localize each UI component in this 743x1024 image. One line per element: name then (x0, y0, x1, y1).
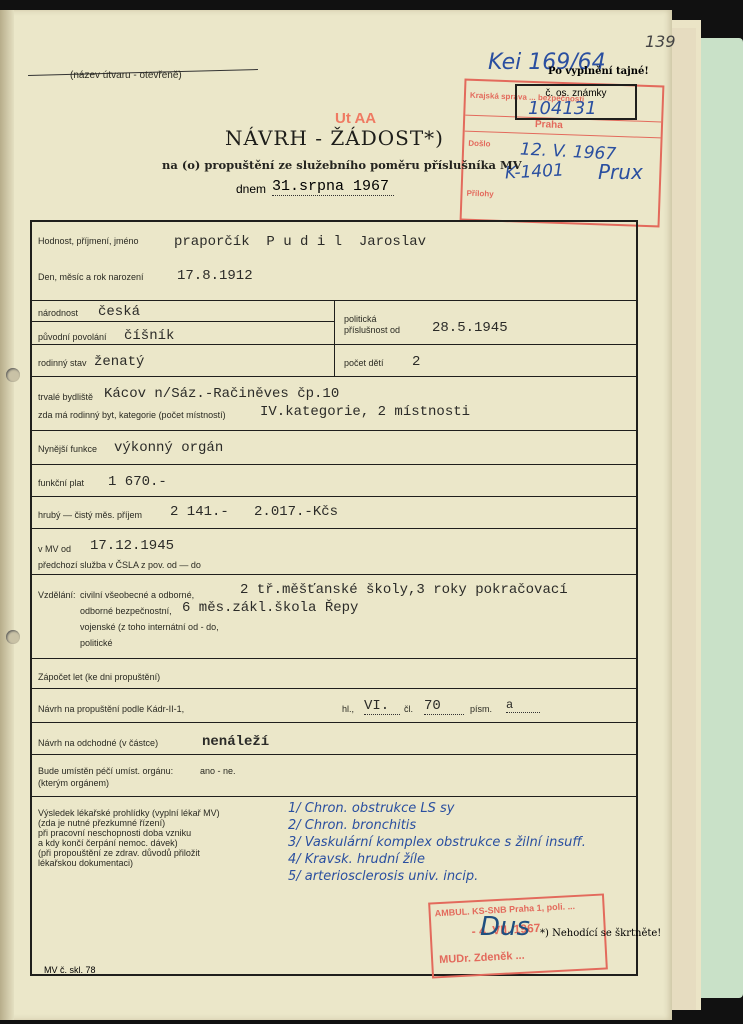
service-label: v MV od (38, 544, 71, 554)
rank-name-value: praporčík P u d i l Jaroslav (174, 234, 426, 250)
service-value: 17.12.1945 (90, 538, 174, 554)
medical-finding: 2/ Chron. bronchitis (288, 817, 586, 834)
education-security-label: odborné bezpečnostní, (80, 606, 172, 616)
education-label: Vzdělání: (38, 590, 76, 600)
punch-hole (6, 368, 20, 382)
children-value: 2 (412, 354, 420, 370)
medical-finding: 3/ Vaskulární komplex obstrukce s žilní … (288, 834, 586, 851)
apartment-label: zda má rodinný byt, kategorie (počet mís… (38, 410, 226, 420)
medical-label-line: a kdy končí čerpání nemoc. dávek) (38, 838, 278, 848)
occupation-label: původní povolání (38, 332, 107, 342)
page-spine (0, 10, 14, 1020)
date-value: 31.srpna 1967 (272, 178, 394, 196)
medical-finding: 4/ Kravsk. hrudní žíle (288, 851, 586, 868)
apartment-value: IV.kategorie, 2 místnosti (260, 404, 470, 420)
political-label-2: příslušnost od (344, 325, 400, 335)
birth-date-value: 17.8.1912 (177, 268, 253, 284)
income-label: hrubý — čistý měs. příjem (38, 510, 142, 520)
form-grid: Hodnost, příjmení, jméno praporčík P u d… (30, 220, 638, 976)
medical-findings: 1/ Chron. obstrukce LS sy 2/ Chron. bron… (288, 800, 586, 885)
secret-notice: Po vyplnění tajné! (548, 66, 649, 77)
medical-label-line: lékařskou dokumentaci) (38, 858, 278, 868)
medical-finding: 1/ Chron. obstrukce LS sy (288, 800, 586, 817)
medical-label-line: při pracovní neschopnosti doba vzniku (38, 828, 278, 838)
id-box-value: 104131 (528, 98, 597, 119)
discharge-hl-value: VI. (364, 698, 400, 715)
education-civil-label: civilní všeobecné a odborné, (80, 590, 194, 600)
severance-value: nenáleží (202, 734, 269, 750)
discharge-pism-label: písm. (470, 704, 492, 714)
discharge-cl-value: 70 (424, 698, 464, 715)
nationality-value: česká (98, 304, 140, 320)
function-value: výkonný orgán (114, 440, 223, 456)
income-value: 2 141.- 2.017.-Kčs (170, 504, 338, 520)
discharge-pism-value: a (506, 698, 540, 713)
previous-service-label: předchozí služba v ČSLA z pov. od — do (38, 560, 201, 570)
children-label: počet dětí (344, 358, 384, 368)
political-label-1: politická (344, 314, 377, 324)
education-political-label: politické (80, 638, 113, 648)
residence-value: Kácov n/Sáz.-Račiněves čp.10 (104, 386, 339, 402)
date-label: dnem (236, 182, 266, 196)
registry-stamp-city: Praha (535, 119, 563, 131)
page-title: NÁVRH - ŽÁDOST*) (225, 126, 444, 150)
page-subtitle: na (o) propuštění ze služebního poměru p… (162, 158, 522, 172)
red-stamp-mark: Ut AA (335, 110, 376, 127)
form-code: MV č. skl. 78 (44, 965, 96, 975)
placement-options: ano - ne. (200, 766, 236, 776)
residence-label: trvalé bydliště (38, 392, 93, 402)
severance-label: Návrh na odchodné (v částce) (38, 738, 158, 748)
registry-signature: Prux (598, 160, 643, 184)
placement-organ-label: (kterým orgánem) (38, 778, 109, 788)
discharge-label: Návrh na propuštění podle Kádr-II-1, (38, 704, 184, 714)
political-value: 28.5.1945 (432, 320, 508, 336)
nationality-label: národnost (38, 308, 78, 318)
education-military-label: vojenské (z toho internátní od - do, (80, 622, 219, 632)
years-credit-label: Zápočet let (ke dni propuštění) (38, 672, 160, 682)
marital-value: ženatý (94, 354, 144, 370)
document-page: (název útvaru - otevřeně) 139 Kei 169/64… (0, 10, 672, 1020)
discharge-hl-label: hl., (342, 704, 354, 714)
punch-hole (6, 630, 20, 644)
received-label: Došlo (468, 139, 491, 149)
doctor-signature: Dus (480, 912, 530, 942)
marital-label: rodinný stav (38, 358, 87, 368)
attachments-label: Přílohy (466, 189, 493, 199)
education-security-value: 6 měs.zákl.škola Řepy (182, 600, 358, 616)
medical-label-block: Výsledek lékařské prohlídky (vyplní léka… (38, 808, 278, 868)
medical-label-line: (při propouštění ze zdrav. důvodů přilož… (38, 848, 278, 858)
function-label: Nynější funkce (38, 444, 97, 454)
discharge-cl-label: čl. (404, 704, 413, 714)
rank-name-label: Hodnost, příjmení, jméno (38, 236, 139, 246)
occupation-value: číšník (124, 328, 174, 344)
footnote: *) Nehodící se škrtněte! (540, 928, 661, 939)
page-number: 139 (645, 32, 676, 51)
birth-date-label: Den, měsíc a rok narození (38, 272, 144, 282)
medical-label-line: Výsledek lékařské prohlídky (vyplní léka… (38, 808, 278, 818)
unit-name-caption: (název útvaru - otevřeně) (70, 70, 182, 81)
medical-label-line: (zda je nutné přezkumné řízení) (38, 818, 278, 828)
doctor-stamp-name: MUDr. Zdeněk ... (439, 950, 525, 966)
salary-label: funkční plat (38, 478, 84, 488)
placement-label: Bude umístěn péčí umíst. orgánu: (38, 766, 173, 776)
salary-value: 1 670.- (108, 474, 167, 490)
education-civil-value: 2 tř.měšťanské školy,3 roky pokračovací (240, 582, 568, 598)
medical-finding: 5/ arteriosclerosis univ. incip. (288, 868, 586, 885)
